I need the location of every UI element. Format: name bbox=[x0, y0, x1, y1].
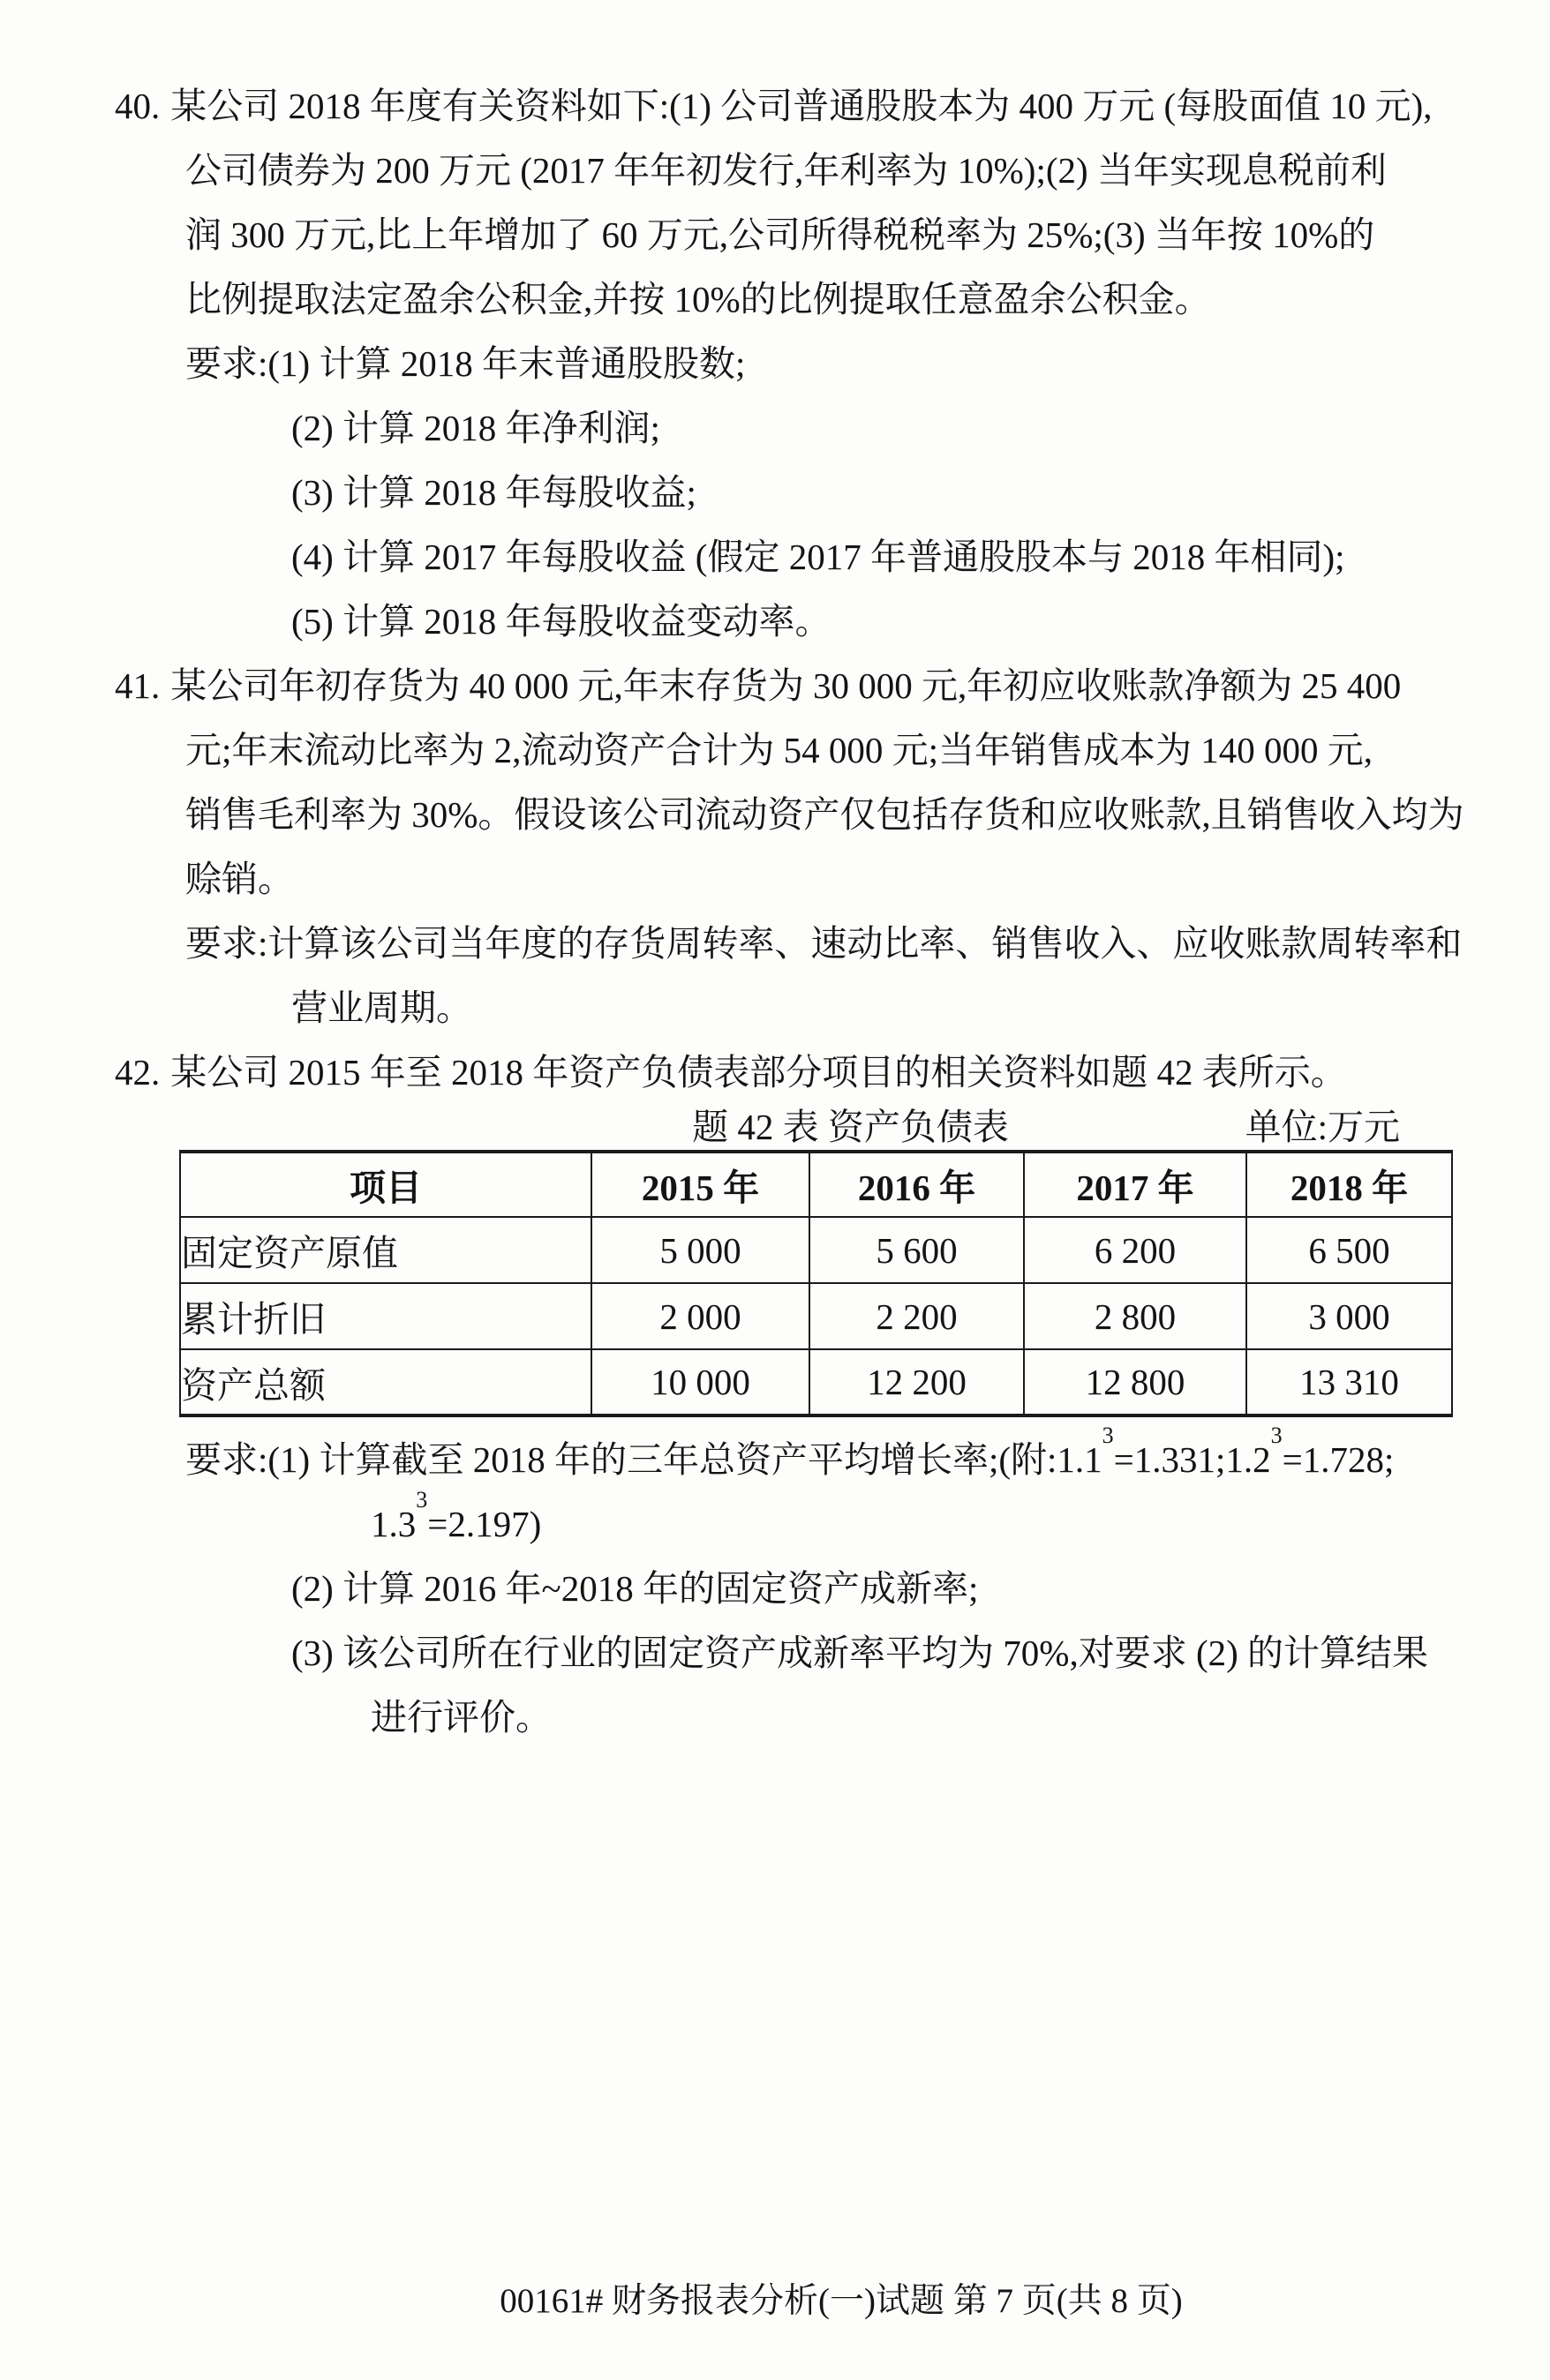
superscript-3: 3 bbox=[1102, 1423, 1114, 1448]
cell-value: 5 000 bbox=[591, 1217, 809, 1283]
table-header-item: 项目 bbox=[180, 1152, 591, 1217]
table-header-2015: 2015 年 bbox=[591, 1152, 809, 1217]
superscript-3: 3 bbox=[1271, 1423, 1283, 1448]
table-row: 固定资产原值 5 000 5 600 6 200 6 500 bbox=[180, 1217, 1452, 1283]
cell-value: 6 500 bbox=[1246, 1217, 1452, 1283]
table-caption-unit: 单位:万元 bbox=[1245, 1105, 1400, 1150]
cell-value: 12 800 bbox=[1024, 1349, 1246, 1415]
question-40: 40.某公司 2018 年度有关资料如下:(1) 公司普通股股本为 400 万元… bbox=[0, 74, 1550, 654]
table-row: 累计折旧 2 000 2 200 2 800 3 000 bbox=[180, 1283, 1452, 1349]
question-41-requirement-cont: 营业周期。 bbox=[0, 976, 1550, 1040]
row-label-total-assets: 资产总额 bbox=[180, 1349, 591, 1415]
requirement-text: =1.728; bbox=[1283, 1439, 1395, 1480]
question-41: 41.某公司年初存货为 40 000 元,年末存货为 30 000 元,年初应收… bbox=[0, 654, 1550, 1040]
question-42-text: 某公司 2015 年至 2018 年资产负债表部分项目的相关资料如题 42 表所… bbox=[170, 1052, 1347, 1092]
balance-sheet-table: 项目 2015 年 2016 年 2017 年 2018 年 固定资产原值 5 … bbox=[179, 1150, 1453, 1417]
table-header-2016: 2016 年 bbox=[809, 1152, 1024, 1217]
question-42-number: 42. bbox=[115, 1052, 160, 1092]
requirement-text: 1.3 bbox=[371, 1504, 416, 1544]
question-40-requirement-3: (3) 计算 2018 年每股收益; bbox=[0, 461, 1550, 525]
question-40-requirement-4: (4) 计算 2017 年每股收益 (假定 2017 年普通股股本与 2018 … bbox=[0, 525, 1550, 589]
table-header-row: 项目 2015 年 2016 年 2017 年 2018 年 bbox=[180, 1152, 1452, 1217]
question-40-text: 某公司 2018 年度有关资料如下:(1) 公司普通股股本为 400 万元 (每… bbox=[170, 86, 1432, 126]
question-41-line-2: 元;年末流动比率为 2,流动资产合计为 54 000 元;当年销售成本为 140… bbox=[0, 718, 1550, 783]
question-42-requirement-1: 要求:(1) 计算截至 2018 年的三年总资产平均增长率;(附:1.13=1.… bbox=[0, 1428, 1550, 1492]
question-40-requirement-5: (5) 计算 2018 年每股收益变动率。 bbox=[0, 589, 1550, 654]
question-41-requirement: 要求:计算该公司当年度的存货周转率、速动比率、销售收入、应收账款周转率和 bbox=[0, 912, 1550, 976]
question-42-requirement-1-cont: 1.33=2.197) bbox=[0, 1492, 1550, 1557]
question-41-line-4: 赊销。 bbox=[0, 847, 1550, 912]
cell-value: 3 000 bbox=[1246, 1283, 1452, 1349]
question-42-line-1: 42.某公司 2015 年至 2018 年资产负债表部分项目的相关资料如题 42… bbox=[0, 1040, 1550, 1105]
row-label-accumulated-depreciation: 累计折旧 bbox=[180, 1283, 591, 1349]
question-42: 42.某公司 2015 年至 2018 年资产负债表部分项目的相关资料如题 42… bbox=[0, 1040, 1550, 1750]
cell-value: 2 800 bbox=[1024, 1283, 1246, 1349]
superscript-3: 3 bbox=[416, 1487, 427, 1513]
cell-value: 6 200 bbox=[1024, 1217, 1246, 1283]
exam-page: 40.某公司 2018 年度有关资料如下:(1) 公司普通股股本为 400 万元… bbox=[0, 0, 1550, 2380]
question-42-requirement-3-cont: 进行评价。 bbox=[0, 1686, 1550, 1750]
table-caption: 题 42 表 资产负债表 单位:万元 bbox=[179, 1105, 1451, 1150]
question-40-number: 40. bbox=[115, 86, 160, 126]
exam-content: 40.某公司 2018 年度有关资料如下:(1) 公司普通股股本为 400 万元… bbox=[0, 0, 1550, 1750]
question-40-line-2: 公司债券为 200 万元 (2017 年年初发行,年利率为 10%);(2) 当… bbox=[0, 139, 1550, 203]
requirement-text: =2.197) bbox=[427, 1504, 541, 1544]
question-41-line-1: 41.某公司年初存货为 40 000 元,年末存货为 30 000 元,年初应收… bbox=[0, 654, 1550, 718]
cell-value: 2 200 bbox=[809, 1283, 1024, 1349]
table-caption-title: 题 42 表 资产负债表 bbox=[692, 1105, 1009, 1150]
requirement-text: =1.331;1.2 bbox=[1114, 1439, 1271, 1480]
question-40-line-3: 润 300 万元,比上年增加了 60 万元,公司所得税税率为 25%;(3) 当… bbox=[0, 203, 1550, 267]
table-row: 资产总额 10 000 12 200 12 800 13 310 bbox=[180, 1349, 1452, 1415]
question-42-requirement-2: (2) 计算 2016 年~2018 年的固定资产成新率; bbox=[0, 1557, 1550, 1621]
question-41-text: 某公司年初存货为 40 000 元,年末存货为 30 000 元,年初应收账款净… bbox=[170, 665, 1401, 706]
row-label-fixed-assets: 固定资产原值 bbox=[180, 1217, 591, 1283]
cell-value: 2 000 bbox=[591, 1283, 809, 1349]
question-41-line-3: 销售毛利率为 30%。假设该公司流动资产仅包括存货和应收账款,且销售收入均为 bbox=[0, 783, 1550, 847]
cell-value: 13 310 bbox=[1246, 1349, 1452, 1415]
requirement-text: 要求:(1) 计算截至 2018 年的三年总资产平均增长率;(附:1.1 bbox=[185, 1439, 1102, 1480]
cell-value: 12 200 bbox=[809, 1349, 1024, 1415]
table-header-2018: 2018 年 bbox=[1246, 1152, 1452, 1217]
question-40-line-1: 40.某公司 2018 年度有关资料如下:(1) 公司普通股股本为 400 万元… bbox=[0, 74, 1550, 139]
cell-value: 10 000 bbox=[591, 1349, 809, 1415]
table-header-2017: 2017 年 bbox=[1024, 1152, 1246, 1217]
cell-value: 5 600 bbox=[809, 1217, 1024, 1283]
question-41-number: 41. bbox=[115, 665, 160, 706]
question-42-requirement-3: (3) 该公司所在行业的固定资产成新率平均为 70%,对要求 (2) 的计算结果 bbox=[0, 1621, 1550, 1686]
question-40-line-4: 比例提取法定盈余公积金,并按 10%的比例提取任意盈余公积金。 bbox=[0, 267, 1550, 332]
question-40-requirement-1: 要求:(1) 计算 2018 年末普通股股数; bbox=[0, 332, 1550, 396]
page-footer: 00161# 财务报表分析(一)试题 第 7 页(共 8 页) bbox=[0, 2275, 1550, 2328]
question-40-requirement-2: (2) 计算 2018 年净利润; bbox=[0, 396, 1550, 461]
